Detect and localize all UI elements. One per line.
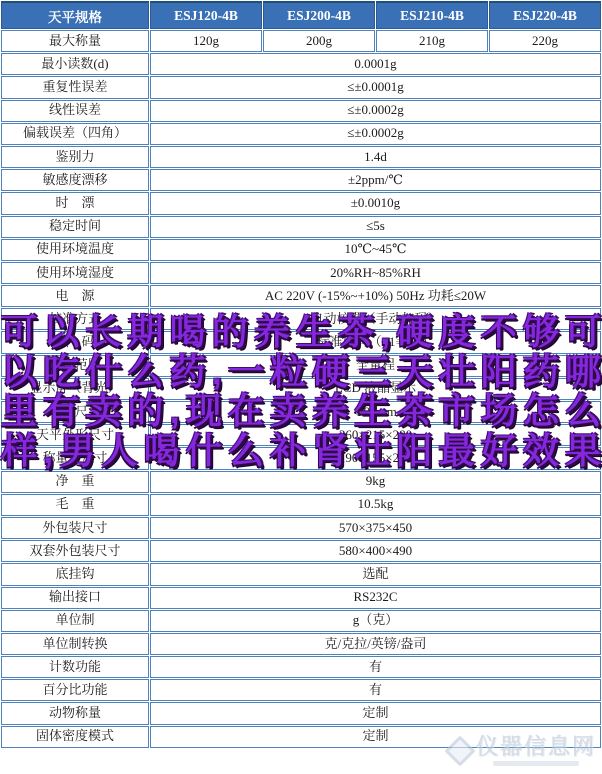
row-value-cell: g（克）: [150, 610, 601, 632]
row-label: 输出接口: [1, 587, 149, 609]
row-label: 稳定时间: [1, 216, 149, 238]
watermark-text: 仪器信息网: [476, 736, 596, 758]
row-value-cell: ±0.0010g: [150, 192, 601, 214]
table-row: 底挂钩选配: [1, 563, 601, 585]
header-cell-model: ESJ200-4B: [263, 1, 375, 29]
row-value-cell: 有: [150, 656, 601, 678]
header-cell-model: ESJ220-4B: [489, 1, 601, 29]
table-row: 单位制转换克/克拉/英镑/盎司: [1, 633, 601, 655]
watermark: 仪器信息网: [449, 736, 596, 766]
row-label: 净 重: [1, 471, 149, 493]
watermark-subtext-bar: [493, 761, 579, 766]
row-label: 双套外包装尺寸: [1, 540, 149, 562]
table-row: 敏感度漂移±2ppm/℃: [1, 169, 601, 191]
table-row: 计数功能有: [1, 656, 601, 678]
header-cell-spec-label: 天平规格: [1, 1, 149, 29]
row-label: 单位制: [1, 610, 149, 632]
spec-table-header: 天平规格ESJ120-4BESJ200-4BESJ210-4BESJ220-4B: [1, 1, 601, 29]
row-value-cell: 20%RH~85%RH: [150, 262, 601, 284]
row-label: 最小读数(d): [1, 53, 149, 75]
row-label: 电 源: [1, 285, 149, 307]
model-value-cell: 120g: [150, 30, 262, 52]
row-label: 固体密度模式: [1, 726, 149, 748]
overlay-text-line: 样,男人喝什么补肾壮阳最好效果: [1, 431, 601, 471]
row-label: 最大称量: [1, 30, 149, 52]
row-value-cell: 0.0001g: [150, 53, 601, 75]
row-value-cell: 10.5kg: [150, 494, 601, 516]
row-label: 单位制转换: [1, 633, 149, 655]
row-value-cell: 有: [150, 679, 601, 701]
table-row: 使用环境温度10℃~45℃: [1, 239, 601, 261]
row-label: 敏感度漂移: [1, 169, 149, 191]
row-label: 使用环境湿度: [1, 262, 149, 284]
row-label: 时 漂: [1, 192, 149, 214]
row-value-cell: AC 220V (-15%~+10%) 50Hz 功耗≤20W: [150, 285, 601, 307]
spam-text-overlay: 可以长期喝的养生茶,硬度不够可 以吃什么药,一粒硬三天壮阳药哪 里有卖的,现在卖…: [0, 312, 602, 470]
row-value-cell: ≤±0.0001g: [150, 76, 601, 98]
row-value-cell: 9kg: [150, 471, 601, 493]
row-label: 重复性误差: [1, 76, 149, 98]
table-row: 稳定时间≤5s: [1, 216, 601, 238]
row-value-cell: 定制: [150, 702, 601, 724]
header-cell-model: ESJ210-4B: [376, 1, 488, 29]
row-value-cell: 克/克拉/英镑/盎司: [150, 633, 601, 655]
table-row: 毛 重10.5kg: [1, 494, 601, 516]
table-row: 重复性误差≤±0.0001g: [1, 76, 601, 98]
table-row: 单位制g（克）: [1, 610, 601, 632]
table-row: 输出接口RS232C: [1, 587, 601, 609]
spec-sheet-page: 天平规格ESJ120-4BESJ200-4BESJ210-4BESJ220-4B…: [0, 0, 602, 774]
model-value-cell: 220g: [489, 30, 601, 52]
row-label: 线性误差: [1, 100, 149, 122]
row-label: 底挂钩: [1, 563, 149, 585]
row-label: 偏载误差（四角）: [1, 123, 149, 145]
table-row: 时 漂±0.0010g: [1, 192, 601, 214]
model-value-cell: 210g: [376, 30, 488, 52]
row-label: 动物称量: [1, 702, 149, 724]
row-value-cell: RS232C: [150, 587, 601, 609]
table-row: 百分比功能有: [1, 679, 601, 701]
row-value-cell: 580×400×490: [150, 540, 601, 562]
row-value-cell: ≤±0.0002g: [150, 100, 601, 122]
row-value-cell: 10℃~45℃: [150, 239, 601, 261]
table-row: 鉴别力1.4d: [1, 146, 601, 168]
table-row: 净 重9kg: [1, 471, 601, 493]
row-label: 毛 重: [1, 494, 149, 516]
row-label: 百分比功能: [1, 679, 149, 701]
row-label: 鉴别力: [1, 146, 149, 168]
row-value-cell: 1.4d: [150, 146, 601, 168]
table-row: 外包装尺寸570×375×450: [1, 517, 601, 539]
table-row: 最小读数(d)0.0001g: [1, 53, 601, 75]
overlay-text-line: 以吃什么药,一粒硬三天壮阳药哪: [1, 352, 601, 392]
table-row: 使用环境湿度20%RH~85%RH: [1, 262, 601, 284]
table-row: 偏载误差（四角）≤±0.0002g: [1, 123, 601, 145]
row-value-cell: ≤5s: [150, 216, 601, 238]
row-value-cell: 选配: [150, 563, 601, 585]
row-label: 外包装尺寸: [1, 517, 149, 539]
watermark-gem-icon: [444, 735, 475, 766]
row-label: 计数功能: [1, 656, 149, 678]
table-row: 双套外包装尺寸580×400×490: [1, 540, 601, 562]
row-label: 使用环境温度: [1, 239, 149, 261]
table-row: 动物称量定制: [1, 702, 601, 724]
overlay-text-line: 可以长期喝的养生茶,硬度不够可: [1, 312, 601, 352]
overlay-text-line: 里有卖的,现在卖养生茶市场怎么: [1, 391, 601, 431]
model-value-cell: 200g: [263, 30, 375, 52]
table-row: 线性误差≤±0.0002g: [1, 100, 601, 122]
table-row: 电 源AC 220V (-15%~+10%) 50Hz 功耗≤20W: [1, 285, 601, 307]
header-cell-model: ESJ120-4B: [150, 1, 262, 29]
header-row: 天平规格ESJ120-4BESJ200-4BESJ210-4BESJ220-4B: [1, 1, 601, 29]
row-value-cell: ±2ppm/℃: [150, 169, 601, 191]
table-row: 最大称量120g200g210g220g: [1, 30, 601, 52]
row-value-cell: 570×375×450: [150, 517, 601, 539]
row-value-cell: ≤±0.0002g: [150, 123, 601, 145]
